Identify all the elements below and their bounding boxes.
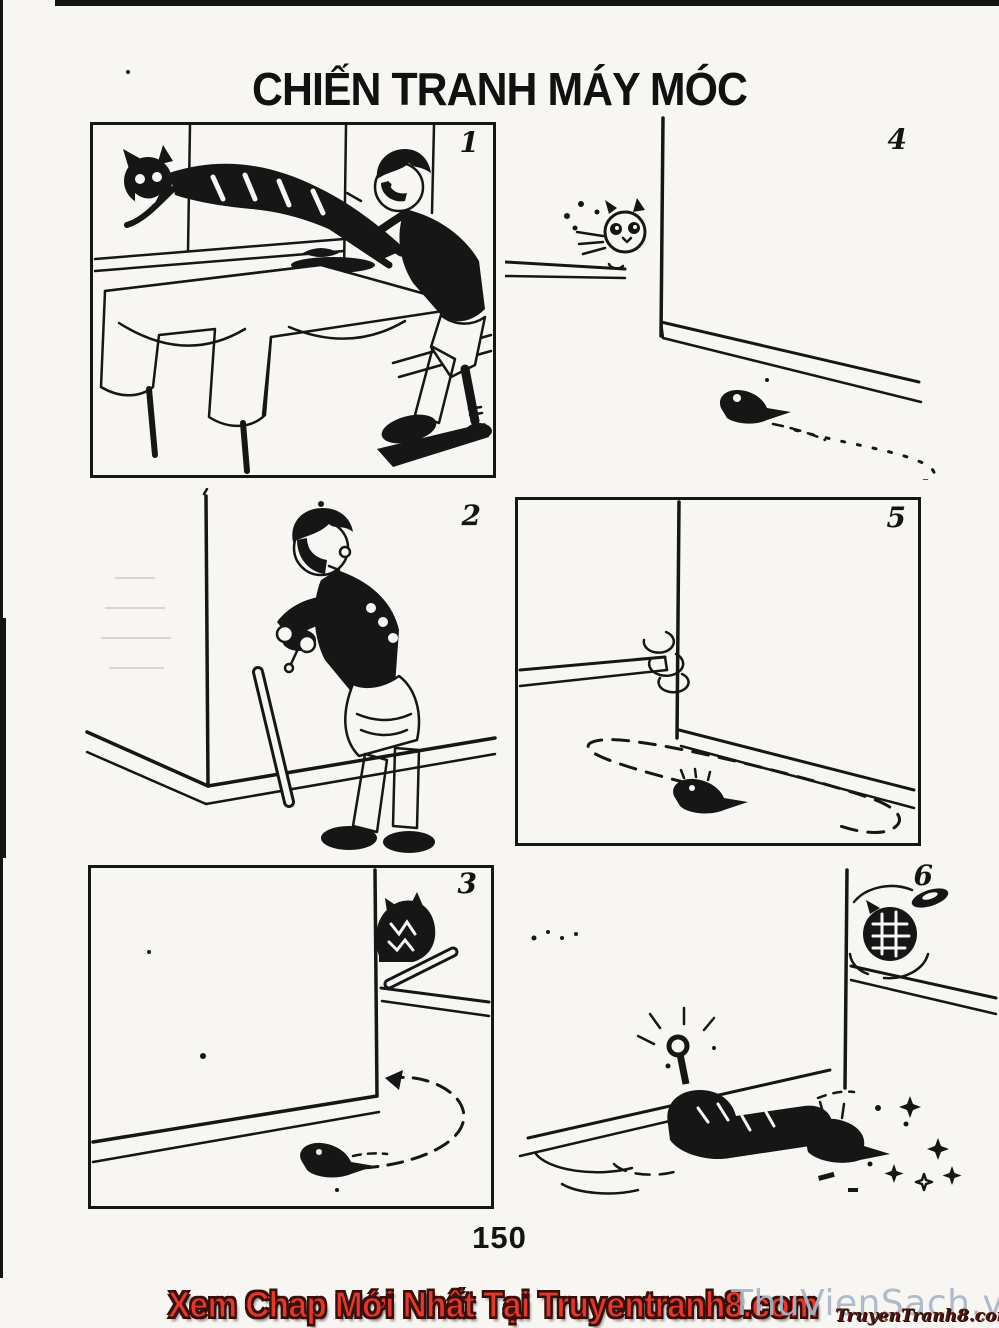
scan-edge-left-blob [0,618,6,858]
promo-text: Xem Chap Mới Nhất Tại Truyentranh8.com [168,1284,818,1326]
shelf-edge [520,657,667,686]
ink-speck [200,1053,206,1059]
page-title: CHIẾN TRANH MÁY MÓC [35,62,964,116]
shelf-edge [381,988,489,1016]
panel-4-number: 4 [888,126,907,154]
comic-panel-4: 4 [505,112,997,480]
page-number: 150 [0,1220,999,1256]
wall-corner [93,870,379,1162]
comic-panel-6: 6 [518,858,999,1220]
man-winding-toy [277,501,435,853]
mouse-toy [673,769,748,813]
panel-2-number: 2 [462,502,481,530]
crash-scene [536,1008,962,1193]
motion-dots [564,201,600,231]
ink-speck [765,378,769,382]
mouse-toy [300,1143,387,1178]
wall-corner [677,502,914,808]
comic-panel-3: 3 [88,865,494,1209]
comic-panel-5: 5 [515,497,921,846]
panel-1-number: 1 [460,129,479,157]
panel-6-number: 6 [914,862,933,890]
panel-3-number: 3 [458,870,477,898]
stick [258,672,289,802]
wind-up-cat-peeking [577,198,645,268]
loop-trail [588,740,899,833]
brand-script-text: TruyenTranh8.com [835,1306,999,1326]
shelf-edge [505,262,625,278]
comic-panel-2: 2 [85,488,505,860]
panel-4-art [505,112,997,480]
ink-speck [147,950,151,954]
wind-up-cat-on-ledge [376,892,435,962]
panel-5-number: 5 [887,504,906,532]
comic-page: CHIẾN TRANH MÁY MÓC [0,0,999,1328]
scan-edge-top [55,0,999,6]
comic-panel-1: 1 [90,122,496,478]
wall-corner [661,118,921,402]
mouse-toy [720,390,934,480]
ink-speck [335,1188,339,1192]
panel-1-art [93,125,493,475]
falling-cat-toy [850,885,951,979]
panel-6-art [518,858,999,1220]
panel-3-art [91,868,491,1206]
panel-2-art [85,488,505,860]
panel-5-art [518,500,918,843]
